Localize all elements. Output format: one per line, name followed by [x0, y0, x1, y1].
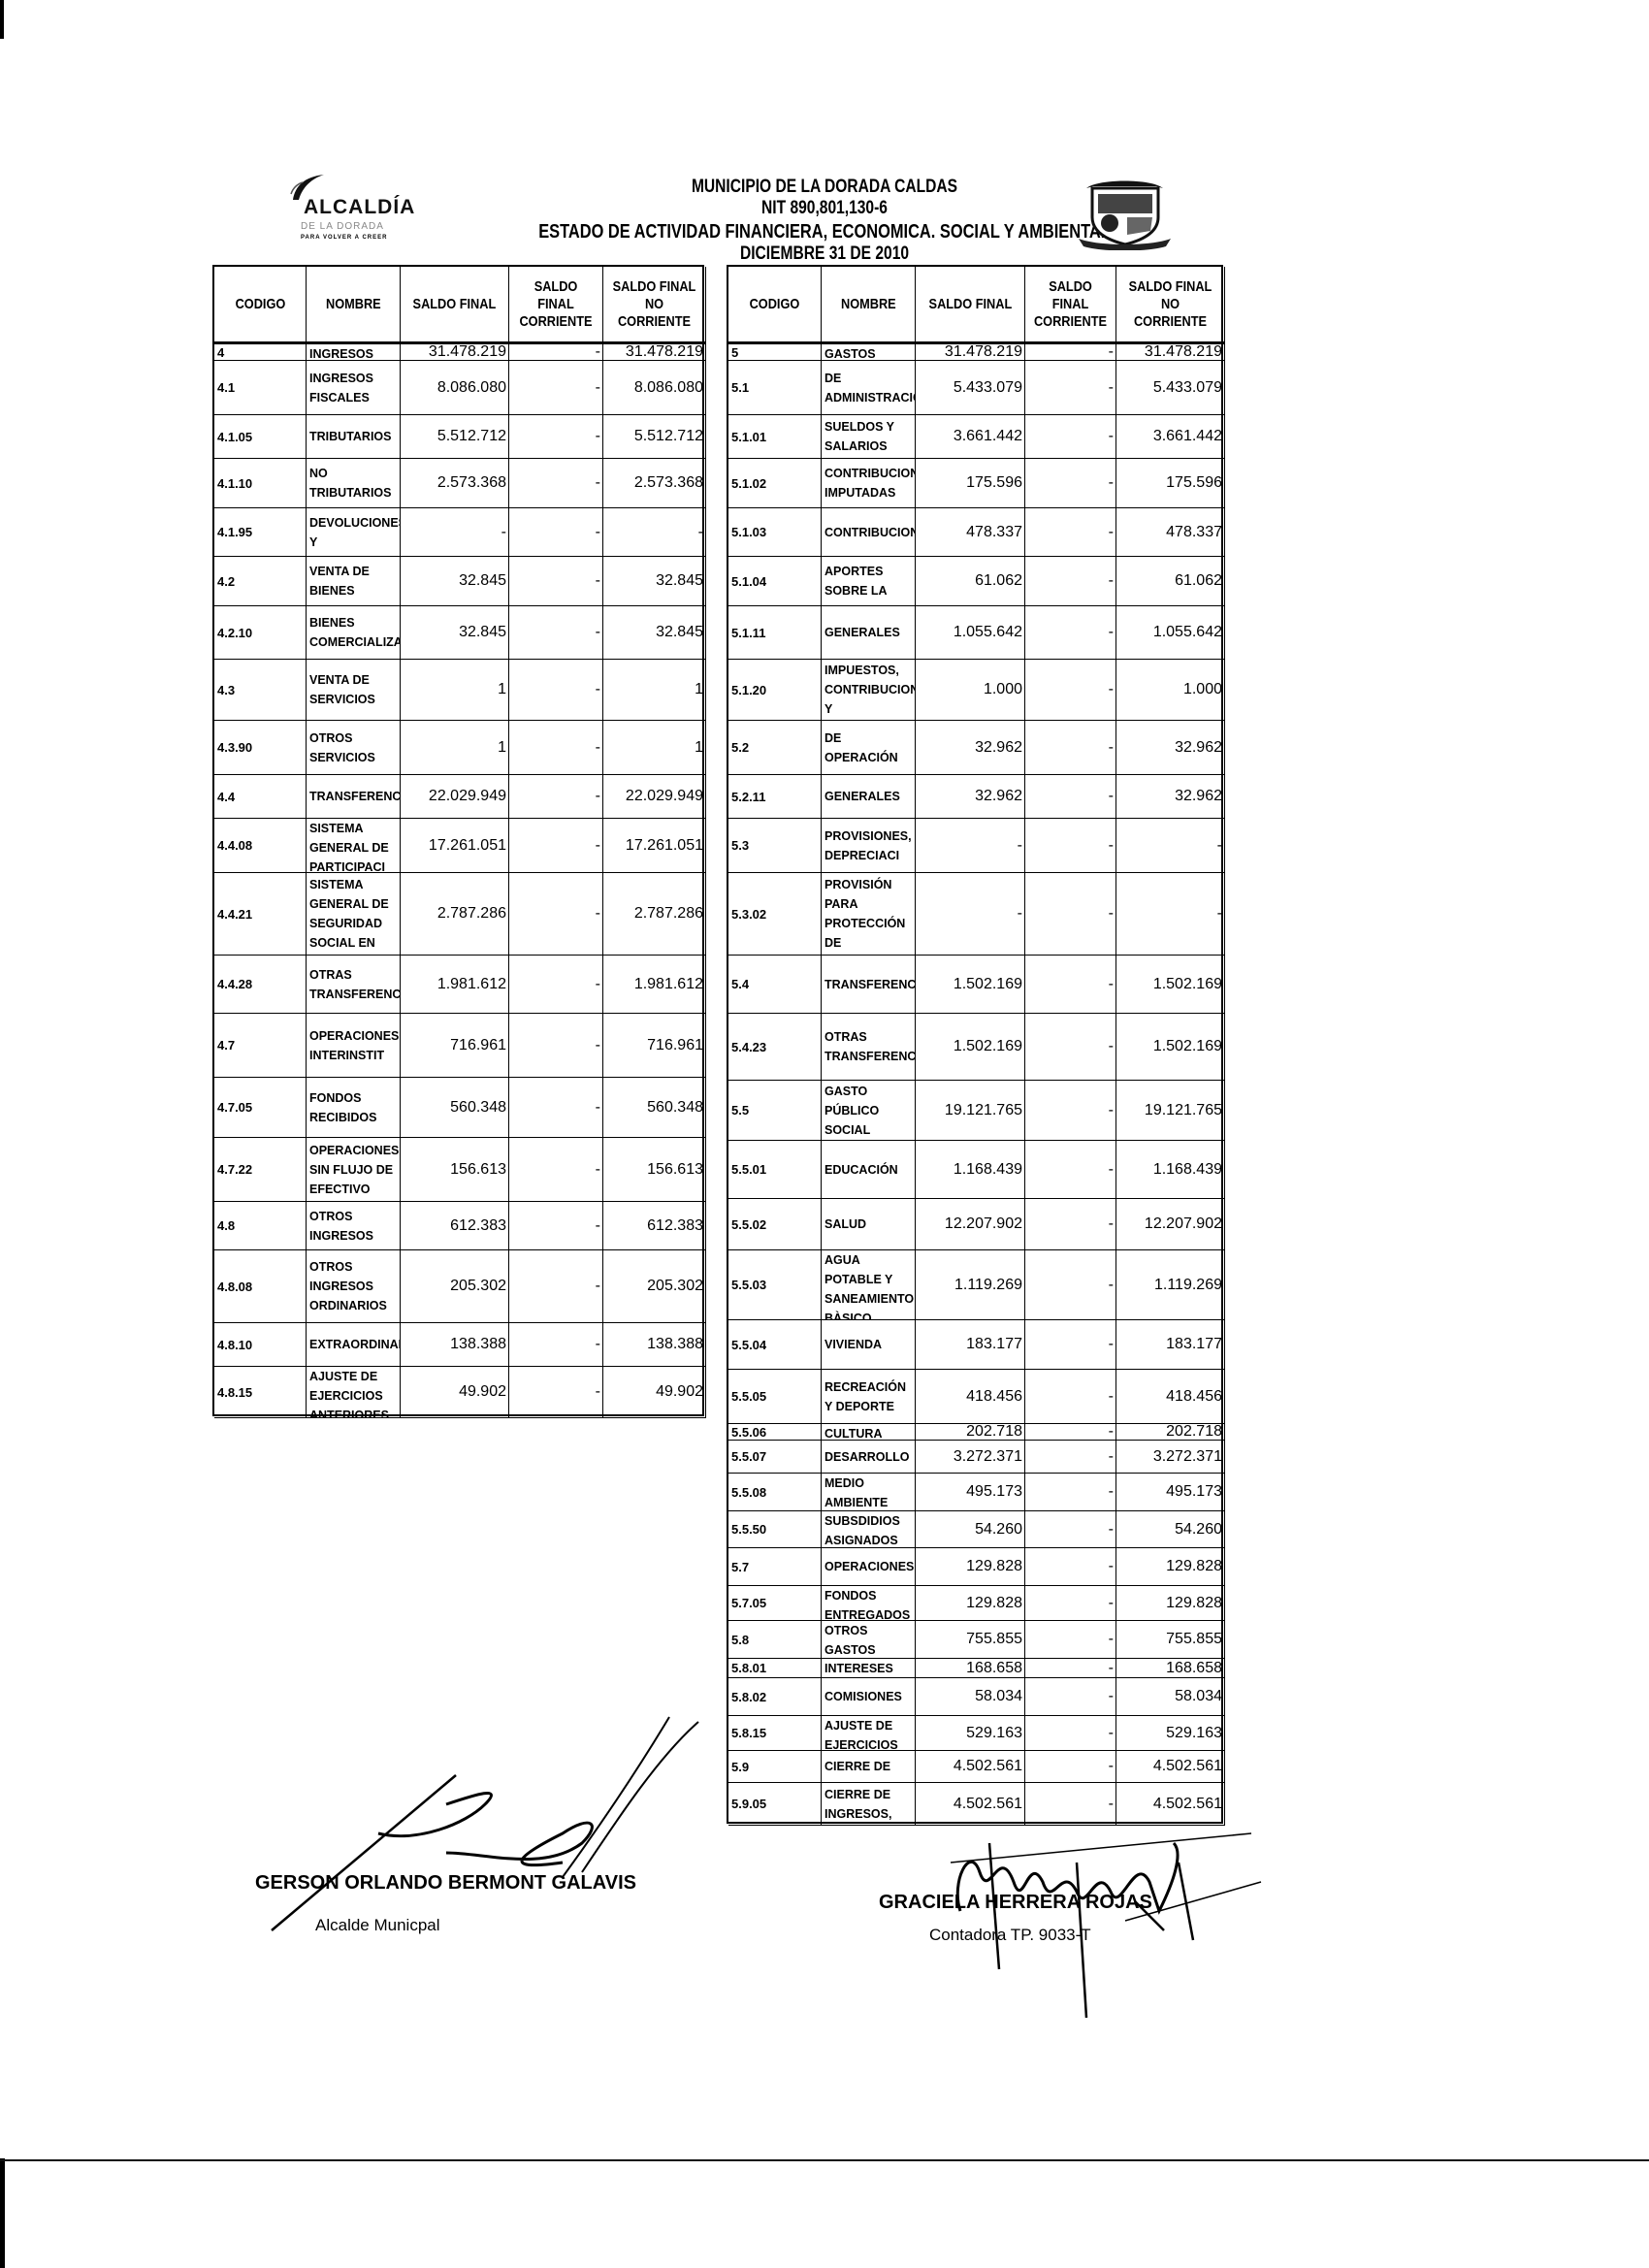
cell-text: 5.8.15: [731, 1726, 766, 1740]
cell-text: 4.4.21: [217, 907, 252, 922]
row-name: SUELDOS Y SALARIOS: [822, 415, 916, 459]
saldo-no-corriente: 31.478.219: [1116, 344, 1225, 361]
row-code: 4.1.05: [214, 415, 307, 459]
cell-text: 1.000: [984, 681, 1022, 698]
saldo-corriente: -: [1025, 775, 1116, 819]
cell-text: 49.902: [656, 1383, 703, 1401]
row-name: TRANSFERENCIAS: [307, 775, 401, 819]
saldo-no-corriente: -: [1116, 873, 1225, 956]
cell-text: -: [1217, 905, 1222, 923]
cell-text: 5.5.05: [731, 1389, 766, 1404]
saldo-no-corriente: 205.302: [603, 1250, 706, 1323]
cell-text: 129.828: [1166, 1595, 1222, 1612]
saldo-final: 32.962: [916, 775, 1025, 819]
cell-text: 1.502.169: [954, 1038, 1022, 1055]
row-name: DEVOLUCIONES Y: [307, 508, 401, 557]
scan-artifact-line: [0, 2159, 1649, 2161]
saldo-corriente: -: [1025, 1014, 1116, 1081]
cell-text: -: [1109, 1102, 1114, 1119]
cell-text: 529.163: [1166, 1725, 1222, 1742]
cell-text: SUBSDIDIOS ASIGNADOS: [824, 1511, 915, 1547]
cell-text: OTRAS TRANSFERENCIAS: [309, 965, 401, 1004]
row-code: 4.7.05: [214, 1078, 307, 1138]
cell-text: 1.981.612: [437, 976, 506, 993]
row-name: CONTRIBUCIONES IMPUTADAS: [822, 459, 916, 508]
saldo-final: 8.086.080: [401, 361, 509, 415]
cell-text: 19.121.765: [945, 1102, 1022, 1119]
saldo-final: 1: [401, 721, 509, 775]
row-name: DESARROLLO: [822, 1441, 916, 1474]
saldo-final: 1.055.642: [916, 606, 1025, 660]
row-code: 5.9: [728, 1751, 822, 1783]
cell-text: OPERACIONES: [824, 1557, 914, 1576]
row-code: 5.1.01: [728, 415, 822, 459]
cell-text: 4.3.90: [217, 740, 252, 755]
row-name: OTROS INGRESOS: [307, 1202, 401, 1250]
cell-text: 156.613: [450, 1161, 506, 1179]
saldo-final: 61.062: [916, 557, 1025, 606]
row-name: EDUCACIÓN: [822, 1141, 916, 1199]
row-name: VENTA DE BIENES: [307, 557, 401, 606]
saldo-no-corriente: 32.962: [1116, 775, 1225, 819]
cell-text: -: [596, 1217, 600, 1235]
saldo-corriente: -: [509, 344, 603, 361]
cell-text: 5.1.02: [731, 476, 766, 491]
saldo-corriente: -: [509, 1014, 603, 1078]
cell-text: BIENES COMERCIALIZADOS: [309, 613, 401, 652]
saldo-no-corriente: 1: [603, 660, 706, 721]
cell-text: 8.086.080: [634, 379, 703, 397]
cell-text: 5.7.05: [731, 1596, 766, 1610]
row-code: 5.3.02: [728, 873, 822, 956]
cell-text: COMISIONES: [824, 1687, 902, 1706]
saldo-final: 1.119.269: [916, 1250, 1025, 1320]
column-header: SALDO FINAL CORRIENTE: [509, 267, 603, 344]
row-code: 4.8.15: [214, 1367, 307, 1418]
cell-text: 138.388: [647, 1336, 703, 1353]
cell-text: 19.121.765: [1145, 1102, 1222, 1119]
saldo-final: 32.845: [401, 557, 509, 606]
row-name: OTROS GASTOS: [822, 1621, 916, 1659]
saldo-final: 529.163: [916, 1716, 1025, 1751]
cell-text: MEDIO AMBIENTE: [824, 1474, 915, 1510]
cell-text: -: [1109, 624, 1114, 641]
cell-text: 1.055.642: [954, 624, 1022, 641]
row-name: VENTA DE SERVICIOS: [307, 660, 401, 721]
saldo-no-corriente: 22.029.949: [603, 775, 706, 819]
cell-text: 5: [731, 345, 738, 360]
saldo-corriente: -: [1025, 1751, 1116, 1783]
row-name: DE ADMINISTRACIÓN: [822, 361, 916, 415]
saldo-corriente: -: [509, 1202, 603, 1250]
column-header-label: CODIGO: [750, 296, 800, 313]
saldo-corriente: -: [1025, 1621, 1116, 1659]
cell-text: 5.7: [731, 1560, 749, 1574]
saldo-corriente: -: [1025, 1424, 1116, 1441]
cell-text: 4.502.561: [954, 1796, 1022, 1813]
saldo-final: 755.855: [916, 1621, 1025, 1659]
cell-text: -: [1109, 1558, 1114, 1575]
saldo-corriente: -: [1025, 1250, 1116, 1320]
saldo-no-corriente: 1.981.612: [603, 956, 706, 1014]
cell-text: 478.337: [966, 524, 1022, 541]
cell-text: 4.502.561: [1153, 1796, 1222, 1813]
cell-text: INTERESES: [824, 1659, 893, 1677]
cell-text: DESARROLLO: [824, 1447, 910, 1467]
cell-text: -: [1109, 1595, 1114, 1612]
cell-text: 129.828: [966, 1558, 1022, 1575]
cell-text: -: [1109, 1631, 1114, 1648]
cell-text: -: [596, 1037, 600, 1054]
cell-text: -: [1109, 1483, 1114, 1501]
saldo-final: 32.962: [916, 721, 1025, 775]
row-name: NO TRIBUTARIOS: [307, 459, 401, 508]
cell-text: -: [1109, 344, 1114, 361]
cell-text: 129.828: [966, 1595, 1022, 1612]
row-code: 5.5.03: [728, 1250, 822, 1320]
cell-text: -: [1109, 976, 1114, 993]
saldo-no-corriente: 560.348: [603, 1078, 706, 1138]
row-name: GENERALES: [822, 606, 916, 660]
cell-text: 3.272.371: [1153, 1448, 1222, 1466]
cell-text: 12.207.902: [945, 1215, 1022, 1233]
cell-text: 49.902: [459, 1383, 506, 1401]
cell-text: 168.658: [1166, 1660, 1222, 1677]
cell-text: 4.502.561: [954, 1758, 1022, 1775]
saldo-corriente: -: [1025, 1548, 1116, 1586]
row-code: 4.2: [214, 557, 307, 606]
cell-text: 8.086.080: [437, 379, 506, 397]
saldo-final: 31.478.219: [401, 344, 509, 361]
cell-text: -: [1109, 1521, 1114, 1539]
cell-text: 4.4.08: [217, 838, 252, 853]
row-name: CONTRIBUCIONES: [822, 508, 916, 557]
cell-text: 495.173: [966, 1483, 1022, 1501]
cell-text: 4.2.10: [217, 626, 252, 640]
cell-text: 5.1: [731, 380, 749, 395]
cell-text: 61.062: [1175, 572, 1222, 590]
cell-text: SALUD: [824, 1215, 866, 1234]
cell-text: -: [1109, 1448, 1114, 1466]
row-name: PROVISIONES, DEPRECIACI: [822, 819, 916, 873]
cell-text: OPERACIONES INTERINSTIT: [309, 1026, 400, 1065]
saldo-final: 3.272.371: [916, 1441, 1025, 1474]
cell-text: 31.478.219: [1145, 344, 1222, 361]
column-header: CODIGO: [214, 267, 307, 344]
cell-text: -: [1018, 905, 1022, 923]
cell-text: -: [1109, 524, 1114, 541]
saldo-corriente: -: [1025, 361, 1116, 415]
cell-text: 5.9: [731, 1760, 749, 1774]
cell-text: 168.658: [966, 1660, 1022, 1677]
row-code: 4.4.28: [214, 956, 307, 1014]
row-code: 5.8.01: [728, 1659, 822, 1678]
row-code: 5.5.04: [728, 1320, 822, 1370]
saldo-corriente: -: [1025, 1678, 1116, 1716]
cell-text: 3.272.371: [954, 1448, 1022, 1466]
row-code: 5.5.02: [728, 1199, 822, 1250]
saldo-corriente: -: [1025, 1320, 1116, 1370]
cell-text: -: [1109, 572, 1114, 590]
cell-text: -: [1109, 788, 1114, 805]
row-code: 4.8: [214, 1202, 307, 1250]
saldo-no-corriente: 17.261.051: [603, 819, 706, 873]
row-name: CULTURA: [822, 1424, 916, 1441]
row-name: SISTEMA GENERAL DE PARTICIPACI: [307, 819, 401, 873]
cell-text: 156.613: [647, 1161, 703, 1179]
saldo-corriente: -: [1025, 557, 1116, 606]
saldo-no-corriente: 1.055.642: [1116, 606, 1225, 660]
cell-text: -: [596, 788, 600, 805]
cell-text: 4.8.15: [217, 1385, 252, 1400]
cell-text: 5.5.06: [731, 1425, 766, 1440]
cell-text: DE OPERACIÓN: [824, 729, 915, 767]
cell-text: 202.718: [1166, 1424, 1222, 1441]
cell-text: 5.4.23: [731, 1040, 766, 1054]
cell-text: 183.177: [1166, 1336, 1222, 1353]
cell-text: 4.1.10: [217, 476, 252, 491]
cell-text: 5.433.079: [1153, 379, 1222, 397]
cell-text: -: [596, 681, 600, 698]
cell-text: 495.173: [1166, 1483, 1222, 1501]
row-name: INGRESOS: [307, 344, 401, 361]
cell-text: -: [596, 624, 600, 641]
row-name: AJUSTE DE EJERCICIOS ANTERIORES: [307, 1367, 401, 1418]
saldo-final: 58.034: [916, 1678, 1025, 1716]
cell-text: 22.029.949: [429, 788, 506, 805]
saldo-corriente: -: [509, 508, 603, 557]
cell-text: 202.718: [966, 1424, 1022, 1441]
cell-text: 5.1.11: [731, 626, 765, 640]
cell-text: 418.456: [966, 1388, 1022, 1406]
cell-text: DEVOLUCIONES Y: [309, 513, 401, 552]
cell-text: -: [1109, 1758, 1114, 1775]
cell-text: OTROS INGRESOS ORDINARIOS: [309, 1257, 400, 1315]
saldo-final: 12.207.902: [916, 1199, 1025, 1250]
saldo-final: 202.718: [916, 1424, 1025, 1441]
cell-text: 5.1.03: [731, 525, 766, 539]
cell-text: 5.5.03: [731, 1278, 766, 1292]
row-code: 5.1.02: [728, 459, 822, 508]
cell-text: 5.4: [731, 977, 749, 991]
cell-text: -: [1109, 474, 1114, 492]
saldo-no-corriente: 3.272.371: [1116, 1441, 1225, 1474]
cell-text: 4.8: [217, 1218, 235, 1233]
saldo-final: 4.502.561: [916, 1751, 1025, 1783]
column-header: SALDO FINAL NO CORRIENTE: [603, 267, 706, 344]
row-name: TRIBUTARIOS: [307, 415, 401, 459]
row-code: 5.7: [728, 1548, 822, 1586]
row-code: 5.1.03: [728, 508, 822, 557]
saldo-corriente: -: [509, 1138, 603, 1202]
saldo-corriente: -: [1025, 956, 1116, 1014]
row-code: 4.4.21: [214, 873, 307, 956]
cell-text: -: [1109, 1725, 1114, 1742]
cell-text: 58.034: [975, 1688, 1022, 1705]
saldo-final: 156.613: [401, 1138, 509, 1202]
saldo-final: 17.261.051: [401, 819, 509, 873]
cell-text: 4.4: [217, 790, 235, 804]
cell-text: -: [1217, 837, 1222, 855]
saldo-final: 31.478.219: [916, 344, 1025, 361]
cell-text: -: [1109, 837, 1114, 855]
row-name: FONDOS ENTREGADOS: [822, 1586, 916, 1621]
cell-text: 32.845: [656, 624, 703, 641]
saldo-final: 129.828: [916, 1548, 1025, 1586]
cell-text: 4.3: [217, 683, 235, 697]
saldo-no-corriente: 31.478.219: [603, 344, 706, 361]
cell-text: 32.962: [975, 788, 1022, 805]
column-header: SALDO FINAL CORRIENTE: [1025, 267, 1116, 344]
cell-text: CIERRE DE INGRESOS,: [824, 1785, 915, 1824]
accountant-name: GRACIELA HERRERA ROJAS: [879, 1892, 1152, 1914]
saldo-final: 612.383: [401, 1202, 509, 1250]
saldo-no-corriente: 2.787.286: [603, 873, 706, 956]
cell-text: 32.845: [459, 624, 506, 641]
row-code: 4.3.90: [214, 721, 307, 775]
cell-text: -: [1109, 1215, 1114, 1233]
cell-text: -: [596, 976, 600, 993]
row-name: OPERACIONES INTERINSTIT: [307, 1014, 401, 1078]
saldo-corriente: -: [1025, 1441, 1116, 1474]
row-code: 5.8: [728, 1621, 822, 1659]
row-name: GENERALES: [822, 775, 916, 819]
row-code: 5.1.11: [728, 606, 822, 660]
cell-text: -: [1109, 681, 1114, 698]
cell-text: 1.981.612: [634, 976, 703, 993]
report-title: ESTADO DE ACTIVIDAD FINANCIERA, ECONOMIC…: [148, 221, 1501, 243]
saldo-final: 168.658: [916, 1659, 1025, 1678]
cell-text: -: [1109, 1660, 1114, 1677]
cell-text: 4.4.28: [217, 977, 252, 991]
saldo-no-corriente: 8.086.080: [603, 361, 706, 415]
report-date: DICIEMBRE 31 DE 2010: [148, 243, 1501, 265]
cell-text: -: [1109, 1424, 1114, 1441]
cell-text: 1: [498, 681, 506, 698]
saldo-no-corriente: 1.168.439: [1116, 1141, 1225, 1199]
cell-text: OTROS SERVICIOS: [309, 729, 400, 767]
saldo-corriente: -: [1025, 1716, 1116, 1751]
cell-text: 32.962: [1175, 739, 1222, 757]
saldo-no-corriente: 61.062: [1116, 557, 1225, 606]
saldo-final: -: [916, 873, 1025, 956]
cell-text: 32.962: [1175, 788, 1222, 805]
cell-text: 5.1.20: [731, 683, 766, 697]
cell-text: 1.119.269: [954, 1277, 1022, 1294]
saldo-final: -: [916, 819, 1025, 873]
cell-text: 32.845: [656, 572, 703, 590]
cell-text: 5.5.01: [731, 1162, 766, 1177]
row-code: 4.7.22: [214, 1138, 307, 1202]
row-name: MEDIO AMBIENTE: [822, 1474, 916, 1511]
cell-text: -: [1109, 1688, 1114, 1705]
saldo-corriente: -: [509, 1078, 603, 1138]
row-code: 5.5: [728, 1081, 822, 1141]
cell-text: 5.3.02: [731, 907, 766, 922]
row-name: VIVIENDA: [822, 1320, 916, 1370]
row-name: CIERRE DE INGRESOS,: [822, 1783, 916, 1826]
cell-text: 2.787.286: [634, 905, 703, 923]
row-name: AGUA POTABLE Y SANEAMIENTO BÀSICO: [822, 1250, 916, 1320]
cell-text: IMPUESTOS, CONTRIBUCIONES Y: [824, 661, 916, 719]
cell-text: 138.388: [450, 1336, 506, 1353]
cell-text: SISTEMA GENERAL DE PARTICIPACI: [309, 819, 400, 872]
cell-text: -: [596, 474, 600, 492]
cell-text: 61.062: [975, 572, 1022, 590]
row-code: 4.3: [214, 660, 307, 721]
cell-text: OTRAS TRANSFERENCIAS: [824, 1027, 916, 1066]
row-name: SUBSDIDIOS ASIGNADOS: [822, 1511, 916, 1548]
cell-text: PROVISIÓN PARA PROTECCIÓN DE: [824, 875, 915, 953]
cell-text: -: [1109, 1038, 1114, 1055]
saldo-corriente: -: [509, 1367, 603, 1418]
cell-text: 31.478.219: [626, 344, 703, 361]
saldo-no-corriente: 2.573.368: [603, 459, 706, 508]
cell-text: 17.261.051: [429, 837, 506, 855]
cell-text: -: [596, 905, 600, 923]
saldo-final: -: [401, 508, 509, 557]
cell-text: 5.8.02: [731, 1690, 766, 1704]
row-name: GASTOS: [822, 344, 916, 361]
saldo-no-corriente: 1.502.169: [1116, 1014, 1225, 1081]
row-code: 4.8.10: [214, 1323, 307, 1367]
row-code: 5.1: [728, 361, 822, 415]
column-header-label: NOMBRE: [326, 296, 381, 313]
row-code: 4.7: [214, 1014, 307, 1078]
cell-text: 205.302: [647, 1278, 703, 1295]
cell-text: 4: [217, 345, 224, 360]
cell-text: 716.961: [647, 1037, 703, 1054]
row-name: COMISIONES: [822, 1678, 916, 1716]
saldo-no-corriente: 529.163: [1116, 1716, 1225, 1751]
cell-text: 1.055.642: [1153, 624, 1222, 641]
row-name: BIENES COMERCIALIZADOS: [307, 606, 401, 660]
saldo-corriente: -: [509, 775, 603, 819]
row-code: 4.1.10: [214, 459, 307, 508]
cell-text: 4.8.10: [217, 1338, 252, 1352]
row-name: GASTO PÚBLICO SOCIAL: [822, 1081, 916, 1141]
cell-text: 32.845: [459, 572, 506, 590]
saldo-corriente: -: [509, 873, 603, 956]
cell-text: 54.260: [975, 1521, 1022, 1539]
cell-text: FONDOS RECIBIDOS: [309, 1088, 400, 1127]
row-name: DE OPERACIÓN: [822, 721, 916, 775]
saldo-no-corriente: 202.718: [1116, 1424, 1225, 1441]
saldo-no-corriente: 183.177: [1116, 1320, 1225, 1370]
cell-text: -: [501, 524, 506, 541]
saldo-corriente: -: [1025, 508, 1116, 557]
cell-text: 5.8: [731, 1633, 749, 1647]
cell-text: 4.7.05: [217, 1100, 252, 1115]
cell-text: 5.5.04: [731, 1338, 766, 1352]
cell-text: PROVISIONES, DEPRECIACI: [824, 826, 915, 865]
row-name: OTROS SERVICIOS: [307, 721, 401, 775]
cell-text: -: [596, 1161, 600, 1179]
cell-text: 612.383: [647, 1217, 703, 1235]
cell-text: -: [596, 1383, 600, 1401]
cell-text: 12.207.902: [1145, 1215, 1222, 1233]
cell-text: 1.000: [1183, 681, 1222, 698]
cell-text: 2.787.286: [437, 905, 506, 923]
cell-text: -: [1109, 1388, 1114, 1406]
cell-text: 5.3: [731, 838, 749, 853]
cell-text: SUELDOS Y SALARIOS: [824, 417, 915, 456]
row-name: CIERRE DE: [822, 1751, 916, 1783]
saldo-corriente: -: [509, 415, 603, 459]
saldo-corriente: -: [1025, 1659, 1116, 1678]
column-header-label: SALDO FINAL NO CORRIENTE: [1126, 278, 1214, 331]
cell-text: -: [596, 379, 600, 397]
